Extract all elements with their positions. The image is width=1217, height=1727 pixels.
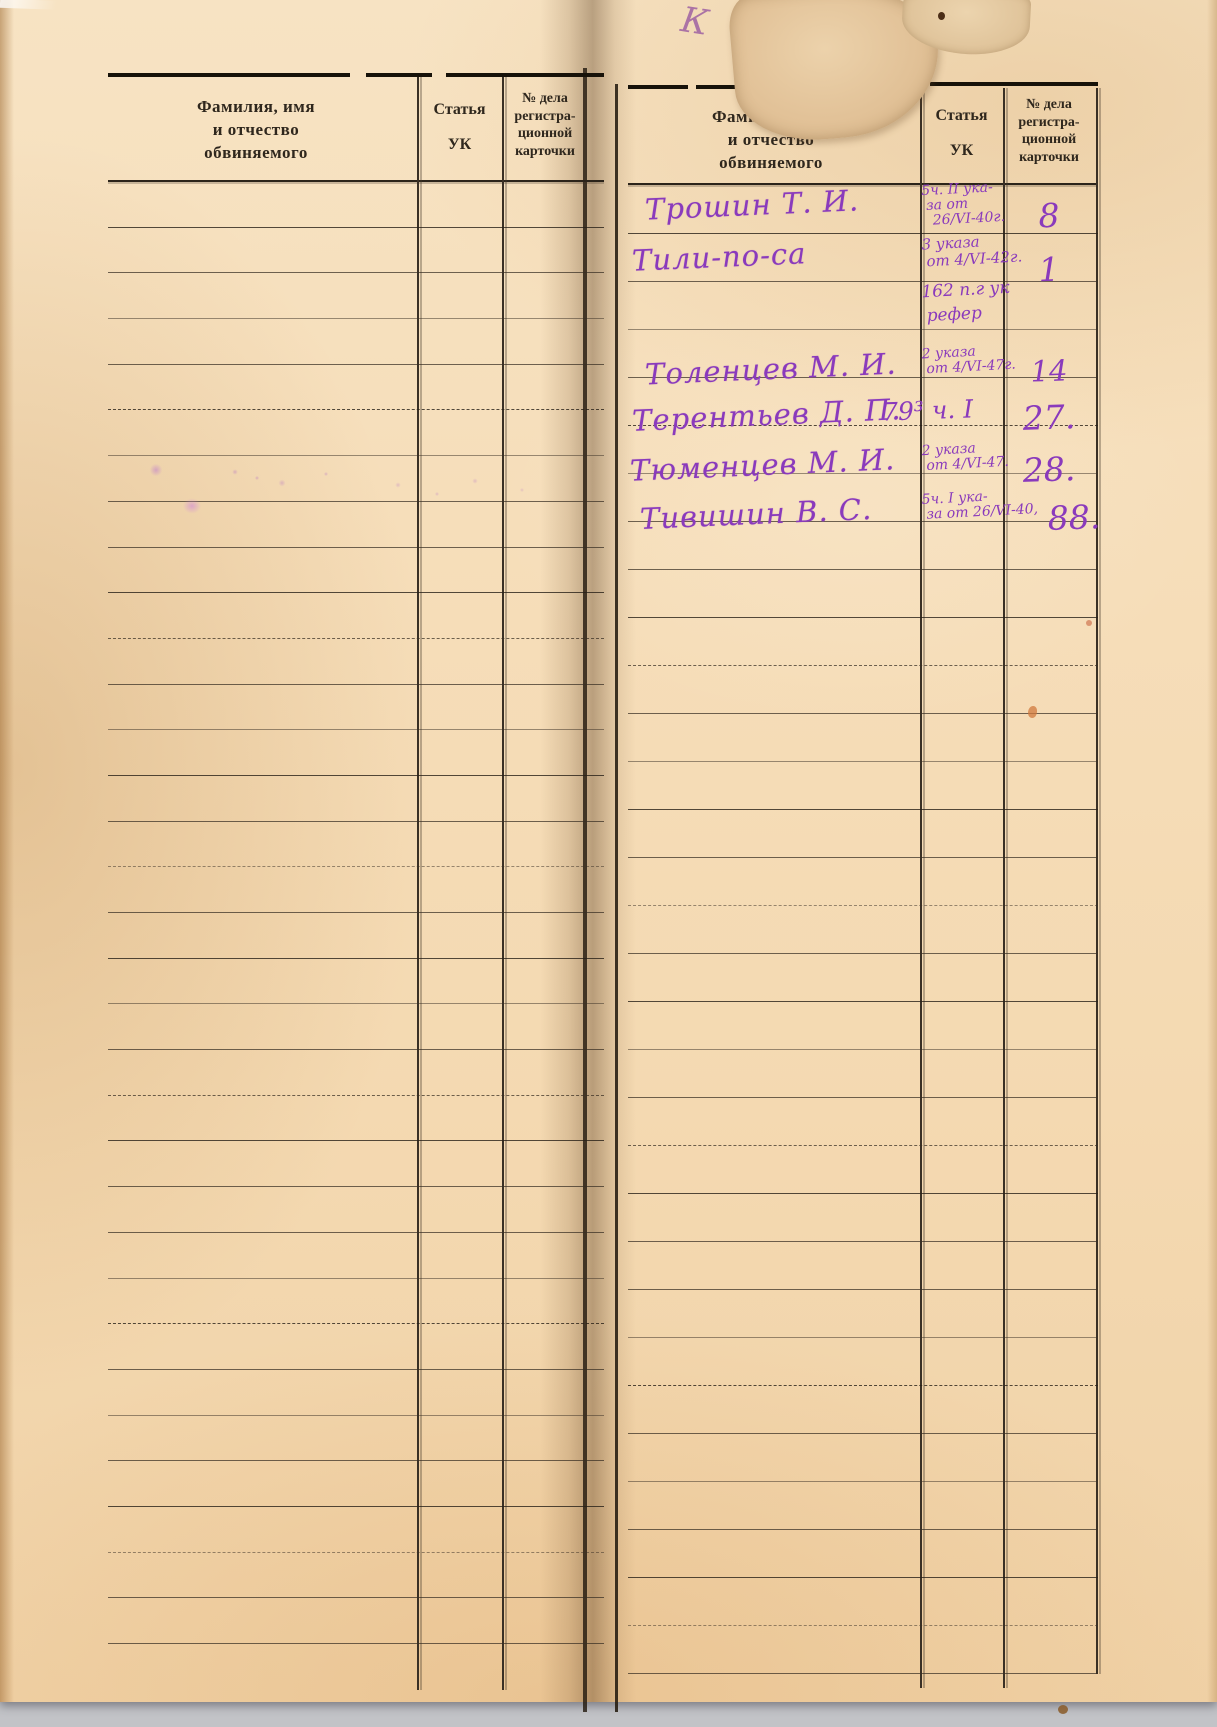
table-row [108, 822, 604, 868]
table-row [628, 858, 1098, 906]
stain [1058, 1705, 1068, 1714]
header-line: Статья [920, 106, 1003, 127]
header-line: УК [920, 141, 1003, 162]
table-row [628, 1626, 1098, 1674]
table-row [628, 714, 1098, 762]
table-row [628, 1530, 1098, 1578]
article-line: 162 п.г ук [921, 276, 1010, 305]
column-header-article: Статья УК [417, 100, 502, 156]
ink-smudge [130, 448, 550, 518]
table-row [628, 666, 1098, 714]
column-header-case-number: № дела регистра- ционной карточки [1003, 96, 1095, 166]
table-row [108, 1279, 604, 1325]
table-row [628, 1050, 1098, 1098]
table-row [628, 1002, 1098, 1050]
table-row [108, 867, 604, 913]
header-line: регистра- [500, 108, 590, 126]
table-row [628, 810, 1098, 858]
table-row [628, 762, 1098, 810]
table-row [628, 1482, 1098, 1530]
entry-case-number-handwritten: 28. [1004, 448, 1093, 490]
top-rule-segment [446, 73, 604, 77]
table-row [108, 548, 604, 594]
article-line: рефер [922, 300, 1011, 329]
header-line: ционной [500, 125, 590, 143]
entry-case-number-handwritten: 8 [1004, 194, 1093, 236]
table-row [628, 954, 1098, 1002]
table-row [108, 639, 604, 685]
top-rule-segment [108, 73, 350, 77]
table-row [108, 776, 604, 822]
top-rule-segment [366, 73, 432, 77]
entry-article-handwritten: 162 п.г ук рефер [921, 276, 1012, 329]
table-row [108, 1507, 604, 1553]
paper-right-edge [1207, 0, 1217, 1702]
column-header-case-number: № дела регистра- ционной карточки [500, 90, 590, 160]
header-line: Статья [417, 100, 502, 121]
table-row [108, 730, 604, 776]
table-row [628, 1146, 1098, 1194]
table-row [108, 1461, 604, 1507]
table-row [628, 570, 1098, 618]
table-row [628, 1290, 1098, 1338]
header-line: № дела [500, 90, 590, 108]
entry-case-number-handwritten: 88. [1029, 496, 1118, 538]
table-row [108, 593, 604, 639]
header-line: регистра- [1003, 114, 1095, 132]
entry-article-handwritten: 5ч. I ука- за от 26/VI-40, [921, 487, 1038, 523]
header-line: обвиняемого [648, 152, 894, 175]
table-row [108, 1050, 604, 1096]
table-row [628, 1434, 1098, 1482]
entry-article-handwritten: 2 указа от 4/VI-47. [921, 440, 1009, 474]
top-rule-segment [930, 82, 1098, 86]
paper-left-edge [0, 0, 14, 1702]
table-row [108, 1004, 604, 1050]
entry-case-number-handwritten: 1 [1004, 248, 1093, 290]
gutter-rule-right [615, 84, 618, 1712]
header-line: УК [417, 135, 502, 156]
table-row [628, 1194, 1098, 1242]
table-row [108, 365, 604, 411]
table-row [628, 1386, 1098, 1434]
table-row [628, 1242, 1098, 1290]
header-line: карточки [500, 143, 590, 161]
table-row [628, 1338, 1098, 1386]
table-row [108, 1233, 604, 1279]
header-line: и отчество [128, 119, 384, 142]
table-row [108, 1598, 604, 1644]
header-line: Фамилия, имя [128, 96, 384, 119]
stain [1086, 620, 1092, 626]
entry-article-handwritten: 79³ ч. I [882, 394, 974, 426]
table-row [108, 1187, 604, 1233]
table-row [108, 1370, 604, 1416]
empty-rows-region [108, 182, 604, 1644]
top-rule-segment [628, 85, 688, 89]
table-row [628, 1098, 1098, 1146]
table-row [108, 1096, 604, 1142]
header-rule [628, 183, 1098, 185]
table-row [628, 618, 1098, 666]
table-row [108, 182, 604, 228]
table-row [108, 1416, 604, 1462]
table-row [108, 228, 604, 274]
table-row [108, 1324, 604, 1370]
entry-case-number-handwritten: 27. [1004, 396, 1093, 438]
header-line: карточки [1003, 149, 1095, 167]
header-line: ционной [1003, 131, 1095, 149]
entry-case-number-handwritten: 14 [1004, 352, 1093, 389]
header-line: обвиняемого [128, 142, 384, 165]
entry-article-handwritten: 5ч. II ука- за от 26/VI-40г. [921, 180, 1005, 229]
table-row [628, 1578, 1098, 1626]
ledger-scan: Фамилия, имя и отчество обвиняемого Стат… [0, 0, 1217, 1727]
table-row [108, 913, 604, 959]
header-line: № дела [1003, 96, 1095, 114]
column-header-article: Статья УК [920, 106, 1003, 162]
table-row [108, 1553, 604, 1599]
dark-speck [938, 12, 945, 20]
entry-article-handwritten: 2 указа от 4/VI-47г. [921, 343, 1016, 378]
table-row [108, 685, 604, 731]
handwritten-top-mark: К [678, 0, 711, 44]
table-row [108, 319, 604, 365]
table-row [108, 1141, 604, 1187]
ledger-page-spread: Фамилия, имя и отчество обвиняемого Стат… [0, 0, 1217, 1702]
table-row [108, 273, 604, 319]
table-row [628, 906, 1098, 954]
table-row [108, 959, 604, 1005]
column-header-name: Фамилия, имя и отчество обвиняемого [128, 96, 384, 165]
